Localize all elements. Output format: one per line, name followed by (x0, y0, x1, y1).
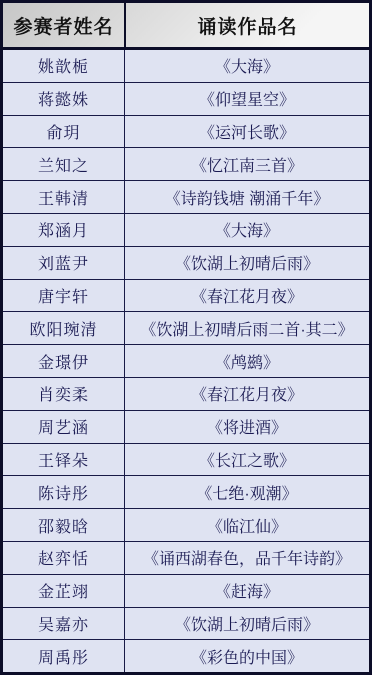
participant-name-cell: 王韩清 (3, 181, 125, 213)
participant-name-cell: 陈诗彤 (3, 476, 125, 508)
table-row: 肖奕柔《春江花月夜》 (3, 378, 369, 411)
work-title-cell: 《饮湖上初晴后雨二首·其二》 (125, 312, 369, 344)
participant-name-cell: 兰知之 (3, 148, 125, 180)
work-title-cell: 《赶海》 (125, 575, 369, 607)
table-header-row: 参赛者姓名 诵读作品名 (3, 3, 369, 50)
table-row: 姚歆栀《大海》 (3, 50, 369, 83)
work-title-cell: 《大海》 (125, 214, 369, 246)
table-row: 俞玥《运河长歌》 (3, 116, 369, 149)
table-row: 赵弈恬《诵西湖春色，品千年诗韵》 (3, 542, 369, 575)
header-work-title: 诵读作品名 (126, 3, 369, 47)
work-title-cell: 《忆江南三首》 (125, 148, 369, 180)
work-title-cell: 《春江花月夜》 (125, 378, 369, 410)
work-title-cell: 《诗韵钱塘 潮涌千年》 (125, 181, 369, 213)
work-title-cell: 《饮湖上初晴后雨》 (125, 608, 369, 640)
table-row: 兰知之《忆江南三首》 (3, 148, 369, 181)
table-body: 姚歆栀《大海》蒋懿姝《仰望星空》俞玥《运河长歌》兰知之《忆江南三首》王韩清《诗韵… (3, 50, 369, 672)
work-title-cell: 《七绝·观潮》 (125, 476, 369, 508)
participant-name-cell: 周艺涵 (3, 411, 125, 443)
work-title-cell: 《运河长歌》 (125, 116, 369, 148)
work-title-cell: 《将进酒》 (125, 411, 369, 443)
participant-name-cell: 金璟伊 (3, 345, 125, 377)
table-row: 金芷翊《赶海》 (3, 575, 369, 608)
participant-name-cell: 吴嘉亦 (3, 608, 125, 640)
table-row: 唐宇轩《春江花月夜》 (3, 280, 369, 313)
participant-name-cell: 蒋懿姝 (3, 83, 125, 115)
participant-name-cell: 姚歆栀 (3, 50, 125, 82)
participant-name-cell: 欧阳琬清 (3, 312, 125, 344)
participant-name-cell: 俞玥 (3, 116, 125, 148)
participant-name-cell: 王铎朵 (3, 444, 125, 476)
participant-name-cell: 周禹彤 (3, 640, 125, 672)
table-row: 刘蓝尹《饮湖上初晴后雨》 (3, 247, 369, 280)
participant-name-cell: 刘蓝尹 (3, 247, 125, 279)
work-title-cell: 《临江仙》 (125, 509, 369, 541)
table-row: 欧阳琬清《饮湖上初晴后雨二首·其二》 (3, 312, 369, 345)
table-row: 金璟伊《鸬鹚》 (3, 345, 369, 378)
participant-name-cell: 邵毅晗 (3, 509, 125, 541)
participant-name-cell: 郑涵月 (3, 214, 125, 246)
table-row: 吴嘉亦《饮湖上初晴后雨》 (3, 608, 369, 641)
participant-name-cell: 赵弈恬 (3, 542, 125, 574)
header-participant-name: 参赛者姓名 (3, 3, 126, 47)
table-row: 周禹彤《彩色的中国》 (3, 640, 369, 672)
work-title-cell: 《长江之歌》 (125, 444, 369, 476)
table-row: 陈诗彤《七绝·观潮》 (3, 476, 369, 509)
table-row: 王铎朵《长江之歌》 (3, 444, 369, 477)
table-row: 王韩清《诗韵钱塘 潮涌千年》 (3, 181, 369, 214)
work-title-cell: 《仰望星空》 (125, 83, 369, 115)
participant-name-cell: 唐宇轩 (3, 280, 125, 312)
work-title-cell: 《大海》 (125, 50, 369, 82)
work-title-cell: 《彩色的中国》 (125, 640, 369, 672)
work-title-cell: 《饮湖上初晴后雨》 (125, 247, 369, 279)
work-title-cell: 《春江花月夜》 (125, 280, 369, 312)
table-row: 郑涵月《大海》 (3, 214, 369, 247)
participant-name-cell: 肖奕柔 (3, 378, 125, 410)
table-row: 蒋懿姝《仰望星空》 (3, 83, 369, 116)
table-row: 周艺涵《将进酒》 (3, 411, 369, 444)
table-row: 邵毅晗《临江仙》 (3, 509, 369, 542)
recitation-table: 参赛者姓名 诵读作品名 姚歆栀《大海》蒋懿姝《仰望星空》俞玥《运河长歌》兰知之《… (0, 0, 372, 675)
work-title-cell: 《诵西湖春色，品千年诗韵》 (125, 542, 369, 574)
work-title-cell: 《鸬鹚》 (125, 345, 369, 377)
participant-name-cell: 金芷翊 (3, 575, 125, 607)
